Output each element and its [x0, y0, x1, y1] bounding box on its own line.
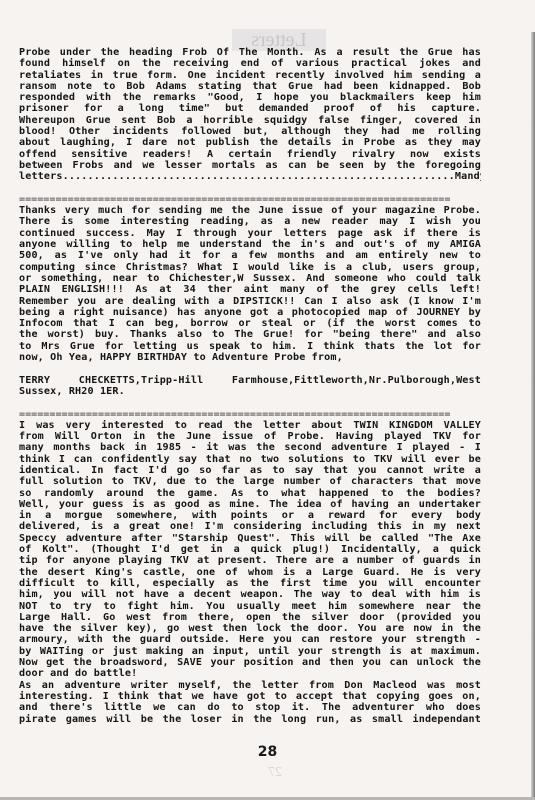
text-line: Whereupon Grue sent Bob a horrible squid…: [19, 115, 481, 126]
text-line: NOT to try to fight him. You usually mee…: [19, 601, 481, 612]
separator-rule: ========================================…: [19, 409, 481, 420]
text-line: Speccy adventure after "Starship Quest".…: [19, 533, 481, 544]
text-line: him, you will not have a decent weapon. …: [19, 589, 481, 600]
text-line: or something, near to Chichester,W Susse…: [19, 273, 481, 284]
text-line: identical. In fact I'd go so far as to s…: [19, 465, 481, 476]
text-line: TERRY CHECKETTS,Tripp-Hill Farmhouse,Fit…: [19, 375, 481, 386]
text-line: letters.................................…: [19, 171, 481, 182]
letter-frob-continuation: Probe under the heading Frob Of The Mont…: [19, 47, 481, 183]
letter-terry-checketts: Thanks very much for sending me the June…: [19, 205, 481, 363]
text-line: interesting. I think that we have got to…: [19, 691, 481, 702]
text-line: Probe under the heading Frob Of The Mont…: [19, 47, 481, 58]
text-line: tip for anyone playing TKV at present. T…: [19, 555, 481, 566]
text-line: As an adventure writer myself, the lette…: [19, 680, 481, 691]
text-line: blood! Other incidents followed but, alt…: [19, 126, 481, 137]
letter-tkv: I was very interested to read the letter…: [19, 420, 481, 680]
page-number: 28: [0, 744, 535, 760]
text-line: Infocom that I can beg, borrow or steal …: [19, 318, 481, 329]
letter-tkv-continuation: As an adventure writer myself, the lette…: [19, 680, 481, 725]
text-line: continued success. May I through your le…: [19, 228, 481, 239]
text-line: Well, your guess is as good as mine. The…: [19, 499, 481, 510]
text-line: in a morgue somewhere, with points or a …: [19, 510, 481, 521]
text-line: responded with the remarks "Good, I hope…: [19, 92, 481, 103]
text-line: the worst) buy. Thanks also to The Grue!…: [19, 329, 481, 340]
text-line: think I can confidently say that no two …: [19, 454, 481, 465]
letters-column: Probe under the heading Frob Of The Mont…: [19, 47, 481, 725]
text-line: Now get the broadsword, SAVE your positi…: [19, 657, 481, 668]
text-line: Thanks very much for sending me the June…: [19, 205, 481, 216]
text-line: offend sensitive readers! A certain frie…: [19, 149, 481, 160]
text-line: so randomly around the game. As to what …: [19, 488, 481, 499]
text-line: armoury, with the guard outside. Here yo…: [19, 634, 481, 645]
text-line: difficult to kill, especially as the fir…: [19, 578, 481, 589]
text-line: 500, as I've only had it for a few month…: [19, 250, 481, 261]
text-line: now, Oh Yea, HAPPY BIRTHDAY to Adventure…: [19, 352, 481, 363]
text-line: Large Hall. Go west from there, open the…: [19, 612, 481, 623]
text-line: being a right nuisance) has anyone got a…: [19, 307, 481, 318]
show-through-page-number: 27: [268, 765, 282, 781]
text-line: by WAITing or just making an input, unti…: [19, 646, 481, 657]
text-line: of Kolt". (Thought I'd get in a quick pl…: [19, 544, 481, 555]
text-line: I was very interested to read the letter…: [19, 420, 481, 431]
text-line: have the silver key), go west then lock …: [19, 623, 481, 634]
text-line: full solution to TKV, due to the large n…: [19, 476, 481, 487]
letter-signature: TERRY CHECKETTS,Tripp-Hill Farmhouse,Fit…: [19, 375, 481, 398]
text-line: anyone willing to help me understand the…: [19, 239, 481, 250]
text-line: delivered, is a great one! I'm consideri…: [19, 521, 481, 532]
text-line: There is some interesting reading, as a …: [19, 216, 481, 227]
text-line: from Will Orton in the June issue of Pro…: [19, 431, 481, 442]
text-line: pirate games will be the loser in the lo…: [19, 714, 481, 725]
separator-rule: ========================================…: [19, 194, 481, 205]
page-edge-shadow: [531, 32, 535, 800]
text-line: door and do battle!: [19, 668, 481, 679]
text-line: PLAIN ENGLISH!!! As at 34 ther aint many…: [19, 284, 481, 295]
text-line: retaliates in true form. One incident re…: [19, 70, 481, 81]
text-line: about laughing, I dare not publish the d…: [19, 137, 481, 148]
text-line: Remember you are dealing with a DIPSTICK…: [19, 296, 481, 307]
text-line: and there's little we can do to stop it.…: [19, 702, 481, 713]
text-line: to Mrs Grue for letting us speak to him.…: [19, 341, 481, 352]
text-line: computing since Christmas? What I would …: [19, 262, 481, 273]
text-line: prisoner for a long time" but demanded p…: [19, 103, 481, 114]
text-line: found himself on the receiving end of va…: [19, 58, 481, 69]
text-line: the desert King's castle, one of whom is…: [19, 567, 481, 578]
text-line: ransom note to Bob Adams stating that Gr…: [19, 81, 481, 92]
text-line: many months back in 1985 - it was the se…: [19, 442, 481, 453]
text-line: Sussex, RH20 1ER.: [19, 386, 481, 397]
text-line: between Frobs and we lesser mortals as c…: [19, 160, 481, 171]
